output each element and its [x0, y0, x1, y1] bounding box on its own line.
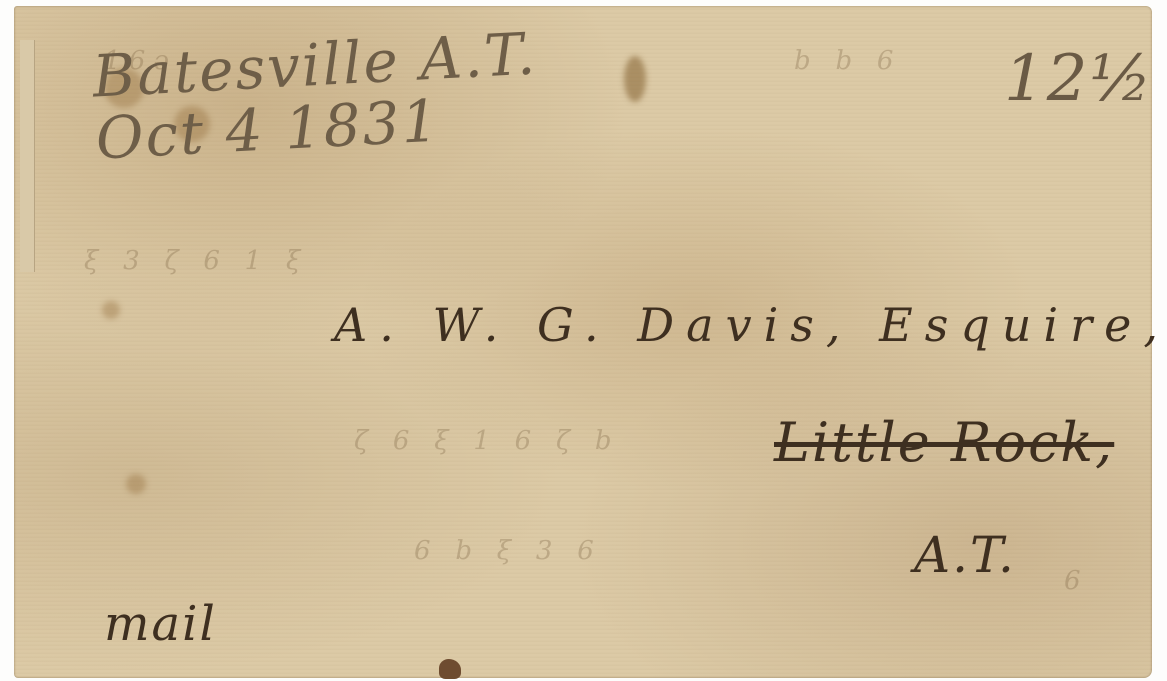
addressee-name: A. W. G. Davis, Esquire, — [334, 298, 1167, 352]
address-city: Little Rock, — [774, 411, 1114, 474]
manuscript-postmark: Batesville A.T. Oct 4 1831 — [91, 22, 542, 169]
bleed-through-text: ζ 6 ξ 1 6 ζ b — [354, 426, 612, 456]
bleed-through-text: 6 b ξ 3 6 — [414, 536, 594, 566]
address-territory: A.T. — [914, 526, 1016, 584]
folded-flap — [20, 40, 35, 272]
water-stain — [624, 56, 646, 102]
routing-notation: mail — [104, 596, 217, 652]
water-stain — [126, 474, 146, 494]
ink-blot — [439, 659, 461, 679]
city-text: Little Rock, — [774, 411, 1114, 474]
postage-rate: 12½ — [1004, 42, 1153, 116]
bleed-through-text: b b 6 — [794, 46, 893, 76]
water-stain — [102, 301, 120, 319]
bleed-through-text: 6 — [1064, 566, 1081, 596]
bleed-through-text: ξ 3 ζ 6 1 ξ — [84, 246, 300, 276]
letter-cover: 1 6 ǝ b b 6 ξ 3 ζ 6 1 ξ ζ 6 ξ 1 6 ζ b 6 … — [14, 6, 1152, 678]
